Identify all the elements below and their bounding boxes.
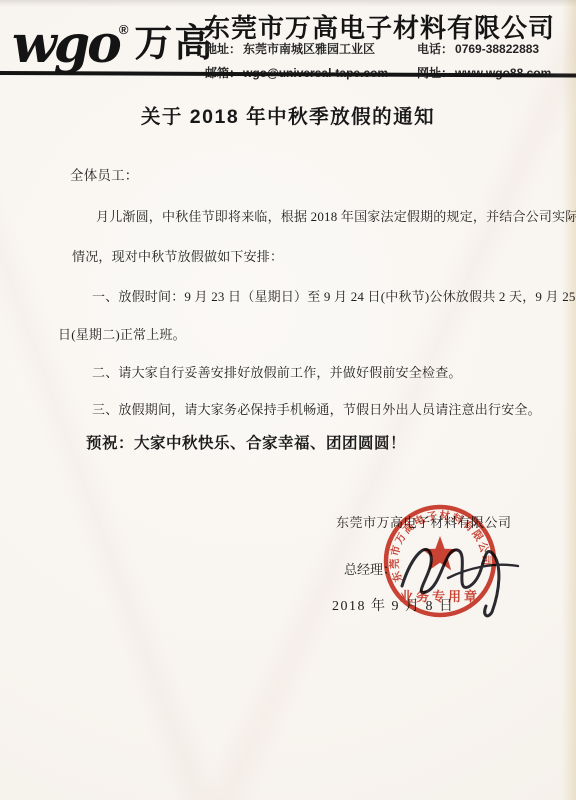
signature-scrawl bbox=[402, 549, 499, 615]
salutation: 全体员工： bbox=[70, 164, 139, 184]
logo-wordmark: wgo bbox=[12, 14, 119, 75]
holiday-item-1-line-1: 一、放假时间：9 月 23 日（星期日）至 9 月 24 日(中秋节)公休放假共… bbox=[92, 286, 576, 305]
address-label: 地址： bbox=[205, 42, 241, 56]
registered-trademark-icon: ® bbox=[119, 22, 129, 37]
holiday-item-2: 二、请大家自行妥善安排好放假前工作，并做好假前安全检查。 bbox=[92, 362, 462, 381]
holiday-item-1-line-2: 日(星期二)正常上班。 bbox=[58, 324, 186, 343]
closing-wish: 预祝：大家中秋快乐、合家幸福、团团圆圆！ bbox=[86, 431, 406, 453]
paragraph-line: 情况，现对中秋节放假做如下安排： bbox=[72, 246, 283, 265]
scanned-holiday-notice: wgo®万高 东莞市万高电子材料有限公司 地址：东莞市南城区雅园工业区 电话：0… bbox=[0, 0, 576, 800]
holiday-item-3: 三、放假期间，请大家务必保持手机畅通，节假日外出人员请注意出行安全。 bbox=[92, 399, 541, 418]
paragraph-line: 月儿渐圆，中秋佳节即将来临，根据 2018 年国家法定假期的规定，并结合公司实际 bbox=[96, 206, 576, 225]
logo-chinese-name: 万高 bbox=[134, 23, 214, 65]
notice-title: 关于 2018 年中秋季放假的通知 bbox=[0, 101, 576, 129]
contact-row-1: 地址：东莞市南城区雅园工业区 电话：0769-38822883 bbox=[205, 40, 569, 57]
letterhead-contact-info: 地址：东莞市南城区雅园工业区 电话：0769-38822883 邮箱：wgo@u… bbox=[205, 40, 569, 88]
company-logo: wgo®万高 bbox=[12, 12, 214, 71]
signature-flourish bbox=[448, 565, 518, 578]
phone-value: 0769-38822883 bbox=[455, 42, 539, 56]
phone-line: 电话：0769-38822883 bbox=[417, 40, 539, 57]
address-line: 地址：东莞市南城区雅园工业区 bbox=[205, 40, 417, 57]
handwritten-signature bbox=[396, 520, 528, 620]
address-value: 东莞市南城区雅园工业区 bbox=[243, 42, 375, 56]
phone-label: 电话： bbox=[417, 42, 453, 56]
